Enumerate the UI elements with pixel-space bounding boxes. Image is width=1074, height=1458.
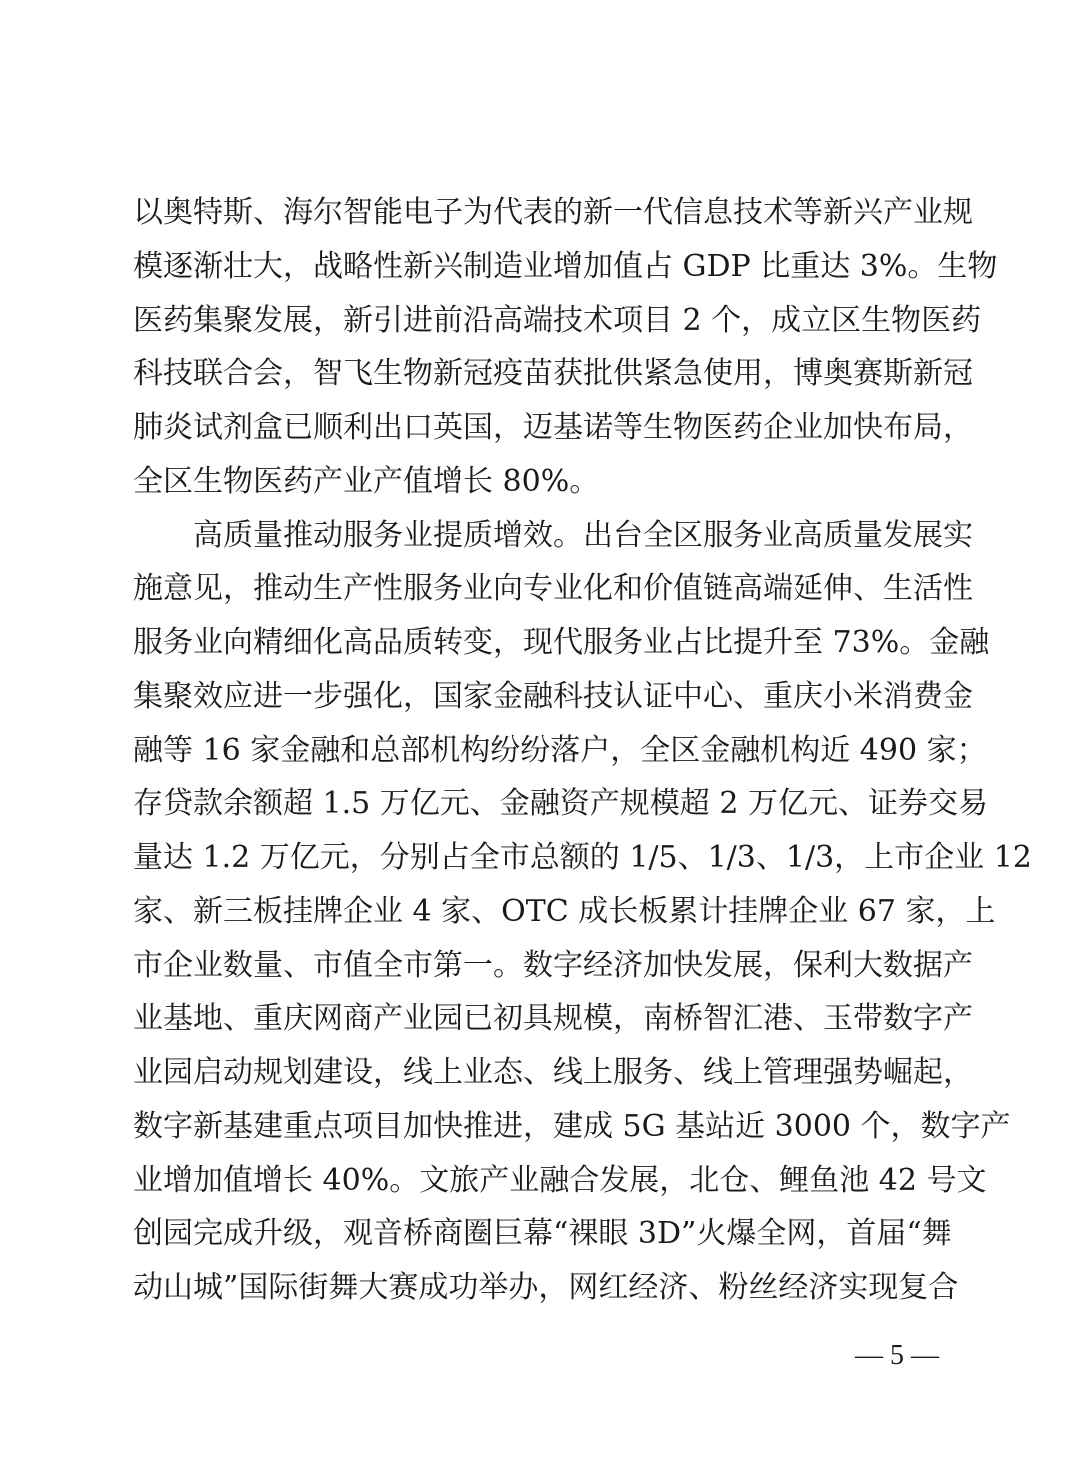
text-line: 存贷款余额超 1.5 万亿元、金融资产规模超 2 万亿元、证券交易 <box>133 777 943 831</box>
text-line: 高质量推动服务业提质增效。出台全区服务业高质量发展实 <box>133 509 943 563</box>
text-line: 市企业数量、市值全市第一。数字经济加快发展，保利大数据产 <box>133 939 943 993</box>
text-line: 动山城”国际街舞大赛成功举办，网红经济、粉丝经济实现复合 <box>133 1261 943 1315</box>
text-line: 集聚效应进一步强化，国家金融科技认证中心、重庆小米消费金 <box>133 670 943 724</box>
text-line: 数字新基建重点项目加快推进，建成 5G 基站近 3000 个，数字产 <box>133 1100 943 1154</box>
text-line: 模逐渐壮大，战略性新兴制造业增加值占 GDP 比重达 3%。生物 <box>133 240 943 294</box>
text-line: 施意见，推动生产性服务业向专业化和价值链高端延伸、生活性 <box>133 562 943 616</box>
text-line: 全区生物医药产业产值增长 80%。 <box>133 455 943 509</box>
text-line: 融等 16 家金融和总部机构纷纷落户，全区金融机构近 490 家； <box>133 724 943 778</box>
text-line: 量达 1.2 万亿元，分别占全市总额的 1/5、1/3、1/3，上市企业 12 <box>133 831 943 885</box>
text-line: 肺炎试剂盒已顺利出口英国，迈基诺等生物医药企业加快布局， <box>133 401 943 455</box>
text-line: 家、新三板挂牌企业 4 家、OTC 成长板累计挂牌企业 67 家，上 <box>133 885 943 939</box>
text-line: 以奥特斯、海尔智能电子为代表的新一代信息技术等新兴产业规 <box>133 186 943 240</box>
text-line: 医药集聚发展，新引进前沿高端技术项目 2 个，成立区生物医药 <box>133 294 943 348</box>
body-text: 以奥特斯、海尔智能电子为代表的新一代信息技术等新兴产业规 模逐渐壮大，战略性新兴… <box>133 186 943 1315</box>
text-line: 服务业向精细化高品质转变，现代服务业占比提升至 73%。金融 <box>133 616 943 670</box>
document-page: 以奥特斯、海尔智能电子为代表的新一代信息技术等新兴产业规 模逐渐壮大，战略性新兴… <box>0 0 1074 1458</box>
text-line: 业基地、重庆网商产业园已初具规模，南桥智汇港、玉带数字产 <box>133 992 943 1046</box>
text-line: 业增加值增长 40%。文旅产业融合发展，北仓、鲤鱼池 42 号文 <box>133 1154 943 1208</box>
text-line: 业园启动规划建设，线上业态、线上服务、线上管理强势崛起， <box>133 1046 943 1100</box>
text-line: 创园完成升级，观音桥商圈巨幕“裸眼 3D”火爆全网，首届“舞 <box>133 1207 943 1261</box>
page-number: — 5 — <box>855 1340 939 1372</box>
text-line: 科技联合会，智飞生物新冠疫苗获批供紧急使用，博奥赛斯新冠 <box>133 347 943 401</box>
